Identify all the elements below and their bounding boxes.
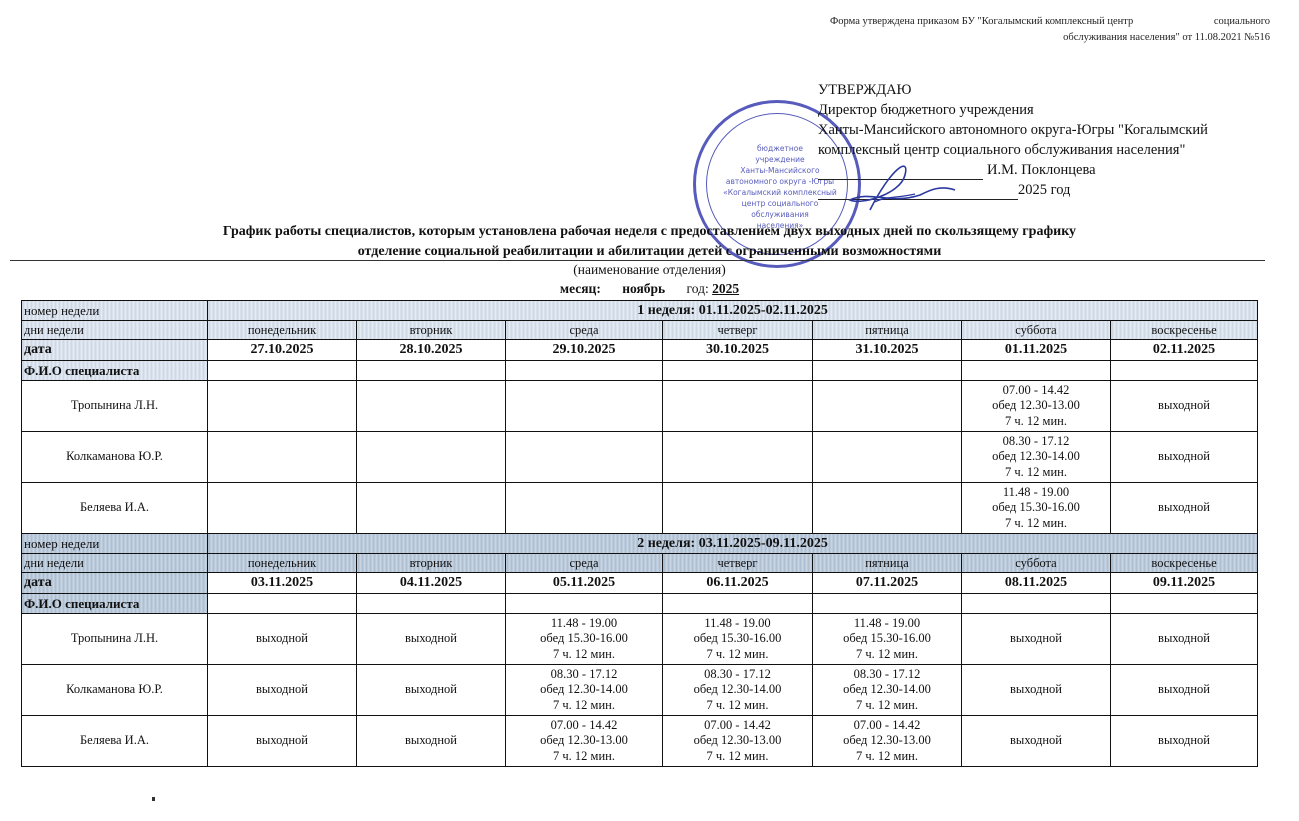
date-label: дата bbox=[22, 340, 208, 361]
day-off-text: выходной bbox=[1113, 733, 1255, 749]
day-off-text: выходной bbox=[964, 682, 1108, 698]
lunch-break: обед 12.30-14.00 bbox=[815, 682, 959, 698]
date-label: дата bbox=[22, 573, 208, 594]
shift-hours: 08.30 - 17.12 bbox=[508, 667, 660, 683]
empty-cell bbox=[506, 432, 663, 483]
day-off-cell: выходной bbox=[1111, 432, 1258, 483]
form-note-line1: Форма утверждена приказом БУ "Когалымски… bbox=[830, 14, 1133, 30]
empty-cell bbox=[506, 483, 663, 534]
empty-cell bbox=[208, 361, 357, 381]
weekday-header: пятница bbox=[813, 554, 962, 573]
week-title: 1 неделя: 01.11.2025-02.11.2025 bbox=[208, 301, 1258, 321]
day-off-text: выходной bbox=[359, 682, 503, 698]
date-cell: 30.10.2025 bbox=[663, 340, 813, 361]
empty-cell bbox=[357, 594, 506, 614]
empty-cell bbox=[357, 361, 506, 381]
day-off-text: выходной bbox=[1113, 682, 1255, 698]
shift-cell: 07.00 - 14.42обед 12.30-13.007 ч. 12 мин… bbox=[506, 716, 663, 767]
day-off-text: выходной bbox=[210, 682, 354, 698]
weekday-header: понедельник bbox=[208, 554, 357, 573]
month-value: ноябрь bbox=[622, 281, 665, 296]
date-cell: 29.10.2025 bbox=[506, 340, 663, 361]
shift-duration: 7 ч. 12 мин. bbox=[815, 698, 959, 714]
day-off-cell: выходной bbox=[1111, 665, 1258, 716]
day-off-text: выходной bbox=[210, 631, 354, 647]
day-off-cell: выходной bbox=[357, 716, 506, 767]
date-cell: 08.11.2025 bbox=[962, 573, 1111, 594]
date-cell: 07.11.2025 bbox=[813, 573, 962, 594]
approval-line1: Директор бюджетного учреждения bbox=[818, 100, 1258, 120]
scan-mark bbox=[152, 797, 155, 801]
approval-year: 2025 год bbox=[1018, 180, 1070, 200]
week-number-label: номер недели bbox=[22, 534, 208, 554]
table-row: Колкаманова Ю.Р.выходнойвыходной08.30 - … bbox=[22, 665, 1258, 716]
empty-cell bbox=[1111, 594, 1258, 614]
week-title: 2 неделя: 03.11.2025-09.11.2025 bbox=[208, 534, 1258, 554]
empty-cell bbox=[208, 381, 357, 432]
lunch-break: обед 12.30-13.00 bbox=[964, 398, 1108, 414]
day-off-text: выходной bbox=[964, 733, 1108, 749]
weekday-header: среда bbox=[506, 321, 663, 340]
week-number-label: номер недели bbox=[22, 301, 208, 321]
shift-duration: 7 ч. 12 мин. bbox=[665, 749, 810, 765]
empty-cell bbox=[357, 483, 506, 534]
schedule-table: номер недели1 неделя: 01.11.2025-02.11.2… bbox=[21, 300, 1258, 767]
shift-hours: 07.00 - 14.42 bbox=[508, 718, 660, 734]
specialist-name: Колкаманова Ю.Р. bbox=[22, 665, 208, 716]
day-off-cell: выходной bbox=[357, 665, 506, 716]
date-cell: 05.11.2025 bbox=[506, 573, 663, 594]
form-approval-note: Форма утверждена приказом БУ "Когалымски… bbox=[830, 14, 1270, 46]
lunch-break: обед 12.30-13.00 bbox=[815, 733, 959, 749]
date-row: дата03.11.202504.11.202505.11.202506.11.… bbox=[22, 573, 1258, 594]
shift-cell: 08.30 - 17.12обед 12.30-14.007 ч. 12 мин… bbox=[962, 432, 1111, 483]
shift-hours: 11.48 - 19.00 bbox=[508, 616, 660, 632]
schedule-title: График работы специалистов, которым уста… bbox=[0, 222, 1299, 262]
empty-cell bbox=[208, 432, 357, 483]
lunch-break: обед 15.30-16.00 bbox=[665, 631, 810, 647]
weekdays-row: дни неделипонедельниквторниксредачетверг… bbox=[22, 321, 1258, 340]
specialist-name: Беляева И.А. bbox=[22, 716, 208, 767]
shift-cell: 11.48 - 19.00обед 15.30-16.007 ч. 12 мин… bbox=[813, 614, 962, 665]
day-off-cell: выходной bbox=[208, 665, 357, 716]
table-row: Беляева И.А.11.48 - 19.00обед 15.30-16.0… bbox=[22, 483, 1258, 534]
shift-duration: 7 ч. 12 мин. bbox=[815, 647, 959, 663]
date-cell: 31.10.2025 bbox=[813, 340, 962, 361]
department-caption: (наименование отделения) bbox=[0, 262, 1299, 278]
approval-line2: Ханты-Мансийского автономного округа-Югр… bbox=[818, 120, 1258, 140]
lunch-break: обед 15.30-16.00 bbox=[508, 631, 660, 647]
empty-cell bbox=[813, 594, 962, 614]
lunch-break: обед 12.30-13.00 bbox=[508, 733, 660, 749]
shift-duration: 7 ч. 12 мин. bbox=[815, 749, 959, 765]
empty-cell bbox=[357, 432, 506, 483]
empty-cell bbox=[663, 361, 813, 381]
day-off-text: выходной bbox=[1113, 449, 1255, 465]
empty-cell bbox=[1111, 361, 1258, 381]
weekday-header: среда bbox=[506, 554, 663, 573]
month-label: месяц: bbox=[560, 281, 601, 296]
date-cell: 03.11.2025 bbox=[208, 573, 357, 594]
empty-cell bbox=[506, 381, 663, 432]
shift-cell: 11.48 - 19.00обед 15.30-16.007 ч. 12 мин… bbox=[506, 614, 663, 665]
weekday-header: четверг bbox=[663, 321, 813, 340]
shift-cell: 07.00 - 14.42обед 12.30-13.007 ч. 12 мин… bbox=[663, 716, 813, 767]
day-off-cell: выходной bbox=[962, 665, 1111, 716]
shift-hours: 07.00 - 14.42 bbox=[815, 718, 959, 734]
week-number-row: номер недели1 неделя: 01.11.2025-02.11.2… bbox=[22, 301, 1258, 321]
shift-hours: 11.48 - 19.00 bbox=[815, 616, 959, 632]
shift-cell: 07.00 - 14.42обед 12.30-13.007 ч. 12 мин… bbox=[962, 381, 1111, 432]
empty-cell bbox=[962, 361, 1111, 381]
empty-cell bbox=[962, 594, 1111, 614]
day-off-text: выходной bbox=[1113, 398, 1255, 414]
date-cell: 27.10.2025 bbox=[208, 340, 357, 361]
specialist-name: Колкаманова Ю.Р. bbox=[22, 432, 208, 483]
form-note-line1-end: социального bbox=[1214, 14, 1270, 30]
date-cell: 01.11.2025 bbox=[962, 340, 1111, 361]
shift-duration: 7 ч. 12 мин. bbox=[964, 414, 1108, 430]
lunch-break: обед 12.30-14.00 bbox=[964, 449, 1108, 465]
signer-name: И.М. Поклонцева bbox=[987, 160, 1096, 180]
specialist-name: Беляева И.А. bbox=[22, 483, 208, 534]
lunch-break: обед 15.30-16.00 bbox=[815, 631, 959, 647]
shift-duration: 7 ч. 12 мин. bbox=[508, 749, 660, 765]
shift-hours: 07.00 - 14.42 bbox=[964, 383, 1108, 399]
shift-hours: 11.48 - 19.00 bbox=[665, 616, 810, 632]
day-off-cell: выходной bbox=[1111, 716, 1258, 767]
shift-cell: 07.00 - 14.42обед 12.30-13.007 ч. 12 мин… bbox=[813, 716, 962, 767]
table-row: Тропынина Л.Н.07.00 - 14.42обед 12.30-13… bbox=[22, 381, 1258, 432]
table-row: Тропынина Л.Н.выходнойвыходной11.48 - 19… bbox=[22, 614, 1258, 665]
fio-label: Ф.И.О специалиста bbox=[22, 361, 208, 381]
fio-label: Ф.И.О специалиста bbox=[22, 594, 208, 614]
shift-cell: 11.48 - 19.00обед 15.30-16.007 ч. 12 мин… bbox=[962, 483, 1111, 534]
schedule-title-line: График работы специалистов, которым уста… bbox=[0, 222, 1299, 242]
empty-cell bbox=[663, 381, 813, 432]
day-off-cell: выходной bbox=[962, 614, 1111, 665]
lunch-break: обед 12.30-14.00 bbox=[508, 682, 660, 698]
weekdays-row: дни неделипонедельниквторниксредачетверг… bbox=[22, 554, 1258, 573]
day-off-text: выходной bbox=[964, 631, 1108, 647]
weekday-header: четверг bbox=[663, 554, 813, 573]
weekday-header: пятница bbox=[813, 321, 962, 340]
empty-cell bbox=[208, 594, 357, 614]
day-off-text: выходной bbox=[359, 631, 503, 647]
shift-hours: 08.30 - 17.12 bbox=[815, 667, 959, 683]
shift-duration: 7 ч. 12 мин. bbox=[508, 698, 660, 714]
empty-cell bbox=[506, 361, 663, 381]
shift-duration: 7 ч. 12 мин. bbox=[665, 698, 810, 714]
empty-cell bbox=[813, 432, 962, 483]
department-underline bbox=[10, 260, 1265, 261]
shift-cell: 11.48 - 19.00обед 15.30-16.007 ч. 12 мин… bbox=[663, 614, 813, 665]
year-label: год: bbox=[687, 281, 709, 296]
day-off-cell: выходной bbox=[208, 716, 357, 767]
empty-cell bbox=[663, 432, 813, 483]
weekday-header: вторник bbox=[357, 554, 506, 573]
weekdays-label: дни недели bbox=[22, 321, 208, 340]
day-off-text: выходной bbox=[1113, 500, 1255, 516]
table-row: Колкаманова Ю.Р.08.30 - 17.12обед 12.30-… bbox=[22, 432, 1258, 483]
weekday-header: воскресенье bbox=[1111, 321, 1258, 340]
date-cell: 02.11.2025 bbox=[1111, 340, 1258, 361]
shift-cell: 08.30 - 17.12обед 12.30-14.007 ч. 12 мин… bbox=[506, 665, 663, 716]
day-off-text: выходной bbox=[1113, 631, 1255, 647]
shift-hours: 07.00 - 14.42 bbox=[665, 718, 810, 734]
lunch-break: обед 12.30-13.00 bbox=[665, 733, 810, 749]
week-number-row: номер недели2 неделя: 03.11.2025-09.11.2… bbox=[22, 534, 1258, 554]
empty-cell bbox=[663, 594, 813, 614]
form-note-line2: обслуживания населения" от 11.08.2021 №5… bbox=[830, 30, 1270, 46]
date-cell: 06.11.2025 bbox=[663, 573, 813, 594]
month-year-line: месяц: ноябрь год: 2025 bbox=[0, 281, 1299, 297]
weekday-header: понедельник bbox=[208, 321, 357, 340]
day-off-cell: выходной bbox=[357, 614, 506, 665]
day-off-cell: выходной bbox=[208, 614, 357, 665]
shift-hours: 11.48 - 19.00 bbox=[964, 485, 1108, 501]
day-off-text: выходной bbox=[359, 733, 503, 749]
empty-cell bbox=[813, 381, 962, 432]
weekday-header: суббота bbox=[962, 321, 1111, 340]
table-row: Беляева И.А.выходнойвыходной07.00 - 14.4… bbox=[22, 716, 1258, 767]
date-cell: 09.11.2025 bbox=[1111, 573, 1258, 594]
day-off-cell: выходной bbox=[1111, 483, 1258, 534]
day-off-text: выходной bbox=[210, 733, 354, 749]
empty-cell bbox=[663, 483, 813, 534]
empty-cell bbox=[357, 381, 506, 432]
date-row: дата27.10.202528.10.202529.10.202530.10.… bbox=[22, 340, 1258, 361]
fio-header-row: Ф.И.О специалиста bbox=[22, 361, 1258, 381]
lunch-break: обед 15.30-16.00 bbox=[964, 500, 1108, 516]
specialist-name: Тропынина Л.Н. bbox=[22, 614, 208, 665]
date-cell: 28.10.2025 bbox=[357, 340, 506, 361]
shift-duration: 7 ч. 12 мин. bbox=[964, 465, 1108, 481]
weekday-header: вторник bbox=[357, 321, 506, 340]
shift-duration: 7 ч. 12 мин. bbox=[665, 647, 810, 663]
date-cell: 04.11.2025 bbox=[357, 573, 506, 594]
lunch-break: обед 12.30-14.00 bbox=[665, 682, 810, 698]
weekday-header: воскресенье bbox=[1111, 554, 1258, 573]
day-off-cell: выходной bbox=[1111, 614, 1258, 665]
weekdays-label: дни недели bbox=[22, 554, 208, 573]
empty-cell bbox=[208, 483, 357, 534]
approval-heading: УТВЕРЖДАЮ bbox=[818, 80, 1258, 100]
empty-cell bbox=[506, 594, 663, 614]
shift-hours: 08.30 - 17.12 bbox=[964, 434, 1108, 450]
day-off-cell: выходной bbox=[1111, 381, 1258, 432]
fio-header-row: Ф.И.О специалиста bbox=[22, 594, 1258, 614]
year-value: 2025 bbox=[712, 281, 739, 296]
specialist-name: Тропынина Л.Н. bbox=[22, 381, 208, 432]
shift-cell: 08.30 - 17.12обед 12.30-14.007 ч. 12 мин… bbox=[663, 665, 813, 716]
stamp-line: обслуживания bbox=[722, 209, 838, 220]
shift-duration: 7 ч. 12 мин. bbox=[964, 516, 1108, 532]
shift-hours: 08.30 - 17.12 bbox=[665, 667, 810, 683]
department-name: отделение социальной реабилитации и абил… bbox=[358, 242, 942, 262]
weekday-header: суббота bbox=[962, 554, 1111, 573]
empty-cell bbox=[813, 361, 962, 381]
day-off-cell: выходной bbox=[962, 716, 1111, 767]
signature-icon bbox=[830, 150, 970, 220]
empty-cell bbox=[813, 483, 962, 534]
shift-duration: 7 ч. 12 мин. bbox=[508, 647, 660, 663]
shift-cell: 08.30 - 17.12обед 12.30-14.007 ч. 12 мин… bbox=[813, 665, 962, 716]
